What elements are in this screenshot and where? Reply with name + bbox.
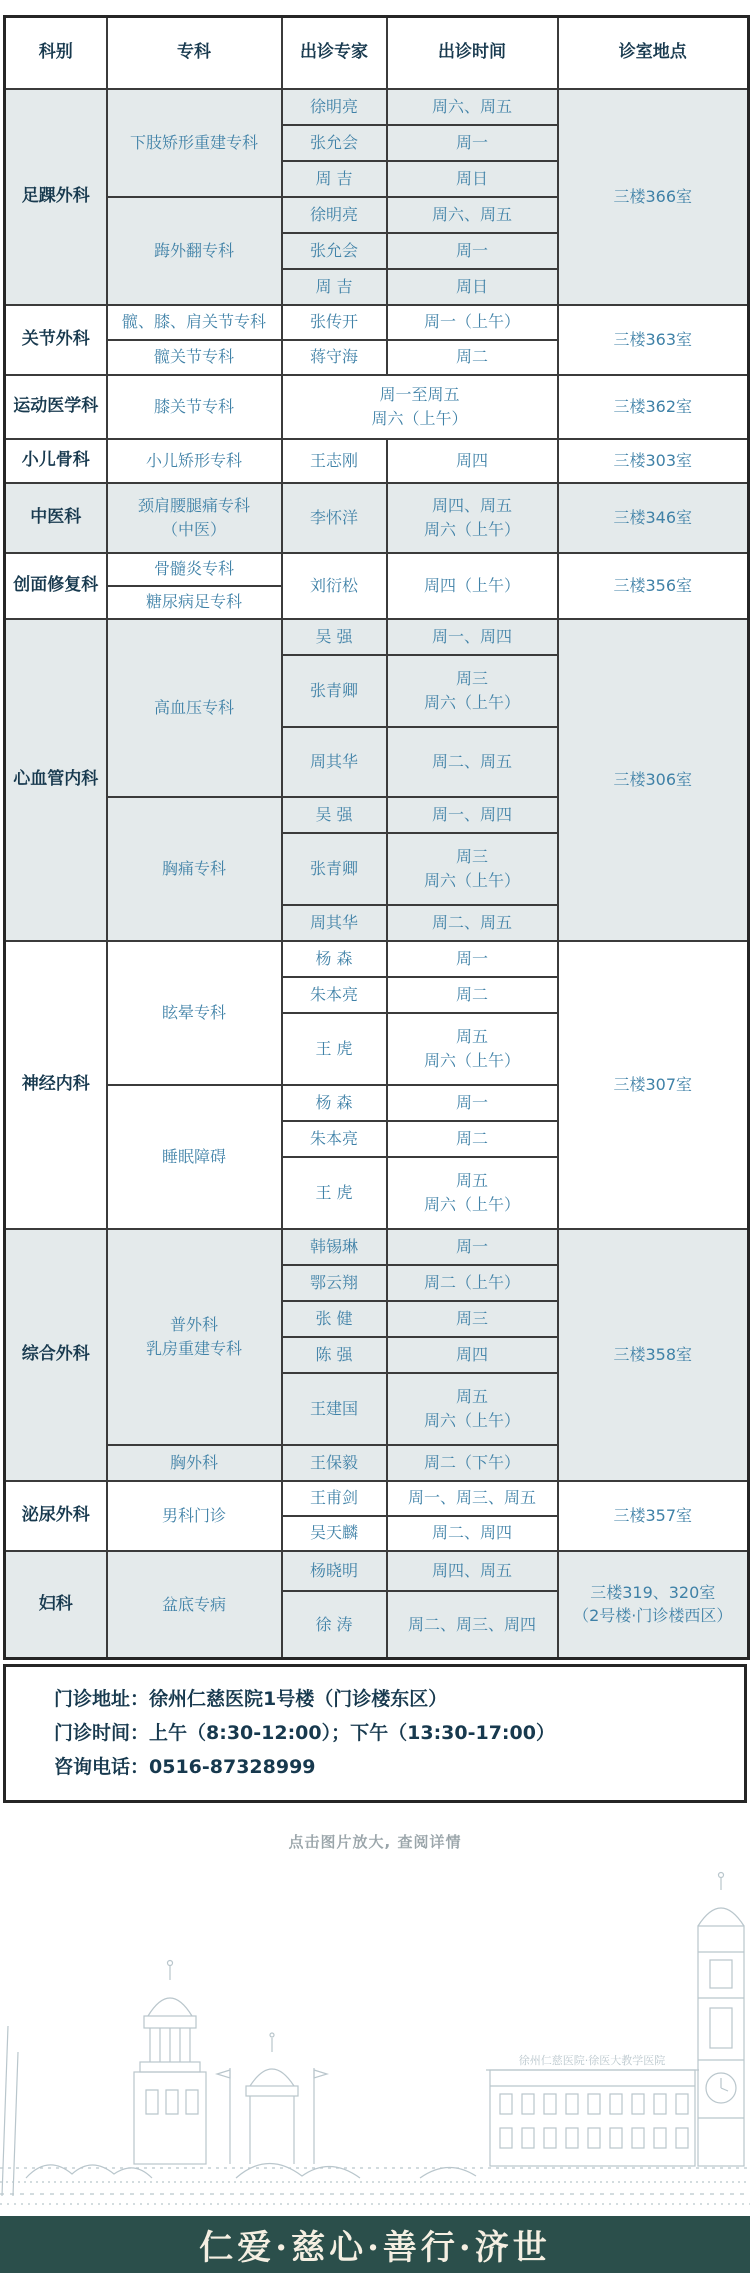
time-cell: 周四（上午） <box>387 553 558 619</box>
location-cell: 三楼362室 <box>558 375 749 439</box>
expert-cell: 周 吉 <box>282 269 387 305</box>
specialty-cell: 骨髓炎专科 <box>107 553 282 586</box>
time-cell: 周一 <box>387 1085 558 1121</box>
table-row: 关节外科 髋、膝、肩关节专科 张传开 周一（上午） 三楼363室 <box>5 305 749 340</box>
building-sign-text: 徐州仁慈医院·徐医大教学医院 <box>519 2053 666 2067</box>
expert-cell: 吴天麟 <box>282 1516 387 1551</box>
time-cell: 周三 周六（上午） <box>387 833 558 905</box>
time-cell: 周四、周五 <box>387 1551 558 1591</box>
specialty-cell: 糖尿病足专科 <box>107 586 282 619</box>
specialty-cell: 盆底专病 <box>107 1551 282 1659</box>
dept-cell: 心血管内科 <box>5 619 107 941</box>
location-cell: 三楼346室 <box>558 483 749 553</box>
clinic-info-box: 门诊地址：徐州仁慈医院1号楼（门诊楼东区） 门诊时间：上午（8:30-12:00… <box>3 1664 747 1803</box>
header-expert: 出诊专家 <box>282 17 387 89</box>
expert-cell: 张 健 <box>282 1301 387 1337</box>
schedule-image[interactable]: 科别 专科 出诊专家 出诊时间 诊室地点 足踝外科 下肢矫形重建专科 徐明亮 周… <box>0 15 750 1803</box>
table-row: 心血管内科 高血压专科 吴 强 周一、周四 三楼306室 <box>5 619 749 655</box>
specialty-cell: 髋关节专科 <box>107 340 282 375</box>
expert-cell: 周其华 <box>282 905 387 941</box>
expert-cell: 刘衍松 <box>282 553 387 619</box>
clinic-address: 门诊地址：徐州仁慈医院1号楼（门诊楼东区） <box>54 1682 734 1716</box>
dept-cell: 运动医学科 <box>5 375 107 439</box>
time-cell: 周五 周六（上午） <box>387 1373 558 1445</box>
time-cell: 周二、周五 <box>387 727 558 797</box>
specialty-cell: 髋、膝、肩关节专科 <box>107 305 282 340</box>
location-cell: 三楼319、320室 （2号楼·门诊楼西区） <box>558 1551 749 1659</box>
hospital-line-art: 徐州仁慈医院·徐医大教学医院 <box>0 1856 750 2216</box>
expert-cell: 王保毅 <box>282 1445 387 1481</box>
time-cell: 周一 <box>387 941 558 977</box>
expert-cell: 吴 强 <box>282 797 387 833</box>
time-cell: 周二、周四 <box>387 1516 558 1551</box>
time-cell: 周五 周六（上午） <box>387 1157 558 1229</box>
time-cell: 周一 <box>387 233 558 269</box>
dept-cell: 泌尿外科 <box>5 1481 107 1551</box>
location-cell: 三楼363室 <box>558 305 749 375</box>
dept-cell: 创面修复科 <box>5 553 107 619</box>
expert-cell: 杨 森 <box>282 941 387 977</box>
expert-cell: 朱本亮 <box>282 1121 387 1157</box>
time-cell: 周二（下午） <box>387 1445 558 1481</box>
expert-cell: 张青卿 <box>282 655 387 727</box>
time-cell: 周二、周三、周四 <box>387 1591 558 1659</box>
location-cell: 三楼307室 <box>558 941 749 1229</box>
dept-cell: 足踝外科 <box>5 89 107 305</box>
footer-banner: 仁爱·慈心·善行·济世 <box>0 2216 750 2273</box>
specialty-cell: 睡眠障碍 <box>107 1085 282 1229</box>
expert-cell: 张允会 <box>282 125 387 161</box>
time-cell: 周四 <box>387 1337 558 1373</box>
dept-cell: 妇科 <box>5 1551 107 1659</box>
dept-cell: 中医科 <box>5 483 107 553</box>
clinic-hours: 门诊时间：上午（8:30-12:00）；下午（13:30-17:00） <box>54 1716 734 1750</box>
table-row: 妇科 盆底专病 杨晓明 周四、周五 三楼319、320室 （2号楼·门诊楼西区） <box>5 1551 749 1591</box>
time-cell: 周三 <box>387 1301 558 1337</box>
expert-cell: 朱本亮 <box>282 977 387 1013</box>
specialty-cell: 高血压专科 <box>107 619 282 797</box>
expert-cell: 李怀洋 <box>282 483 387 553</box>
dept-cell: 综合外科 <box>5 1229 107 1481</box>
time-cell: 周一、周四 <box>387 619 558 655</box>
expert-cell: 鄂云翔 <box>282 1265 387 1301</box>
expert-cell: 王 虎 <box>282 1013 387 1085</box>
table-row: 运动医学科 膝关节专科 周一至周五 周六（上午） 三楼362室 <box>5 375 749 439</box>
expert-cell: 王甫剑 <box>282 1481 387 1516</box>
expert-cell: 徐 涛 <box>282 1591 387 1659</box>
expert-cell: 杨晓明 <box>282 1551 387 1591</box>
header-row: 科别 专科 出诊专家 出诊时间 诊室地点 <box>5 17 749 89</box>
time-cell: 周一 <box>387 125 558 161</box>
specialty-cell: 膝关节专科 <box>107 375 282 439</box>
time-cell: 周三 周六（上午） <box>387 655 558 727</box>
dept-cell: 神经内科 <box>5 941 107 1229</box>
clinic-schedule-table: 科别 专科 出诊专家 出诊时间 诊室地点 足踝外科 下肢矫形重建专科 徐明亮 周… <box>3 15 750 1660</box>
time-cell: 周二 <box>387 1121 558 1157</box>
time-cell: 周二（上午） <box>387 1265 558 1301</box>
expert-cell: 徐明亮 <box>282 89 387 125</box>
expert-cell: 吴 强 <box>282 619 387 655</box>
table-row: 泌尿外科 男科门诊 王甫剑 周一、周三、周五 三楼357室 <box>5 1481 749 1516</box>
time-cell: 周二、周五 <box>387 905 558 941</box>
table-row: 神经内科 眩晕专科 杨 森 周一 三楼307室 <box>5 941 749 977</box>
specialty-cell: 踇外翻专科 <box>107 197 282 305</box>
time-cell: 周一、周四 <box>387 797 558 833</box>
time-cell: 周一、周三、周五 <box>387 1481 558 1516</box>
time-cell: 周四、周五 周六（上午） <box>387 483 558 553</box>
expert-cell: 王志刚 <box>282 439 387 483</box>
time-cell: 周一至周五 周六（上午） <box>282 375 558 439</box>
table-row: 中医科 颈肩腰腿痛专科 （中医） 李怀洋 周四、周五 周六（上午） 三楼346室 <box>5 483 749 553</box>
time-cell: 周五 周六（上午） <box>387 1013 558 1085</box>
dept-cell: 关节外科 <box>5 305 107 375</box>
table-row: 创面修复科 骨髓炎专科 刘衍松 周四（上午） 三楼356室 <box>5 553 749 586</box>
dept-cell: 小儿骨科 <box>5 439 107 483</box>
location-cell: 三楼366室 <box>558 89 749 305</box>
expert-cell: 蒋守海 <box>282 340 387 375</box>
time-cell: 周日 <box>387 161 558 197</box>
header-dept: 科别 <box>5 17 107 89</box>
specialty-cell: 男科门诊 <box>107 1481 282 1551</box>
header-specialty: 专科 <box>107 17 282 89</box>
expert-cell: 张青卿 <box>282 833 387 905</box>
time-cell: 周二 <box>387 977 558 1013</box>
location-cell: 三楼356室 <box>558 553 749 619</box>
expert-cell: 张允会 <box>282 233 387 269</box>
time-cell: 周四 <box>387 439 558 483</box>
hospital-illustration: 徐州仁慈医院·徐医大教学医院 <box>0 1856 750 2216</box>
table-row: 足踝外科 下肢矫形重建专科 徐明亮 周六、周五 三楼366室 <box>5 89 749 125</box>
location-cell: 三楼358室 <box>558 1229 749 1481</box>
specialty-cell: 小儿矫形专科 <box>107 439 282 483</box>
expert-cell: 周 吉 <box>282 161 387 197</box>
specialty-cell: 下肢矫形重建专科 <box>107 89 282 197</box>
table-row: 小儿骨科 小儿矫形专科 王志刚 周四 三楼303室 <box>5 439 749 483</box>
specialty-cell: 普外科 乳房重建专科 <box>107 1229 282 1445</box>
time-cell: 周六、周五 <box>387 89 558 125</box>
expert-cell: 韩锡琳 <box>282 1229 387 1265</box>
expert-cell: 徐明亮 <box>282 197 387 233</box>
time-cell: 周二 <box>387 340 558 375</box>
expert-cell: 王 虎 <box>282 1157 387 1229</box>
specialty-cell: 胸外科 <box>107 1445 282 1481</box>
clinic-phone: 咨询电话：0516-87328999 <box>54 1750 734 1784</box>
time-cell: 周一（上午） <box>387 305 558 340</box>
location-cell: 三楼306室 <box>558 619 749 941</box>
expert-cell: 陈 强 <box>282 1337 387 1373</box>
time-cell: 周日 <box>387 269 558 305</box>
header-time: 出诊时间 <box>387 17 558 89</box>
header-location: 诊室地点 <box>558 17 749 89</box>
location-cell: 三楼357室 <box>558 1481 749 1551</box>
time-cell: 周一 <box>387 1229 558 1265</box>
expert-cell: 王建国 <box>282 1373 387 1445</box>
specialty-cell: 胸痛专科 <box>107 797 282 941</box>
time-cell: 周六、周五 <box>387 197 558 233</box>
footer-slogan: 仁爱·慈心·善行·济世 <box>199 2220 551 2269</box>
expert-cell: 周其华 <box>282 727 387 797</box>
location-cell: 三楼303室 <box>558 439 749 483</box>
table-row: 综合外科 普外科 乳房重建专科 韩锡琳 周一 三楼358室 <box>5 1229 749 1265</box>
flagpole-icon <box>2 2026 8 2196</box>
zoom-hint-caption: 点击图片放大, 查阅详情 <box>0 1831 750 1852</box>
expert-cell: 张传开 <box>282 305 387 340</box>
expert-cell: 杨 森 <box>282 1085 387 1121</box>
specialty-cell: 眩晕专科 <box>107 941 282 1085</box>
specialty-cell: 颈肩腰腿痛专科 （中医） <box>107 483 282 553</box>
